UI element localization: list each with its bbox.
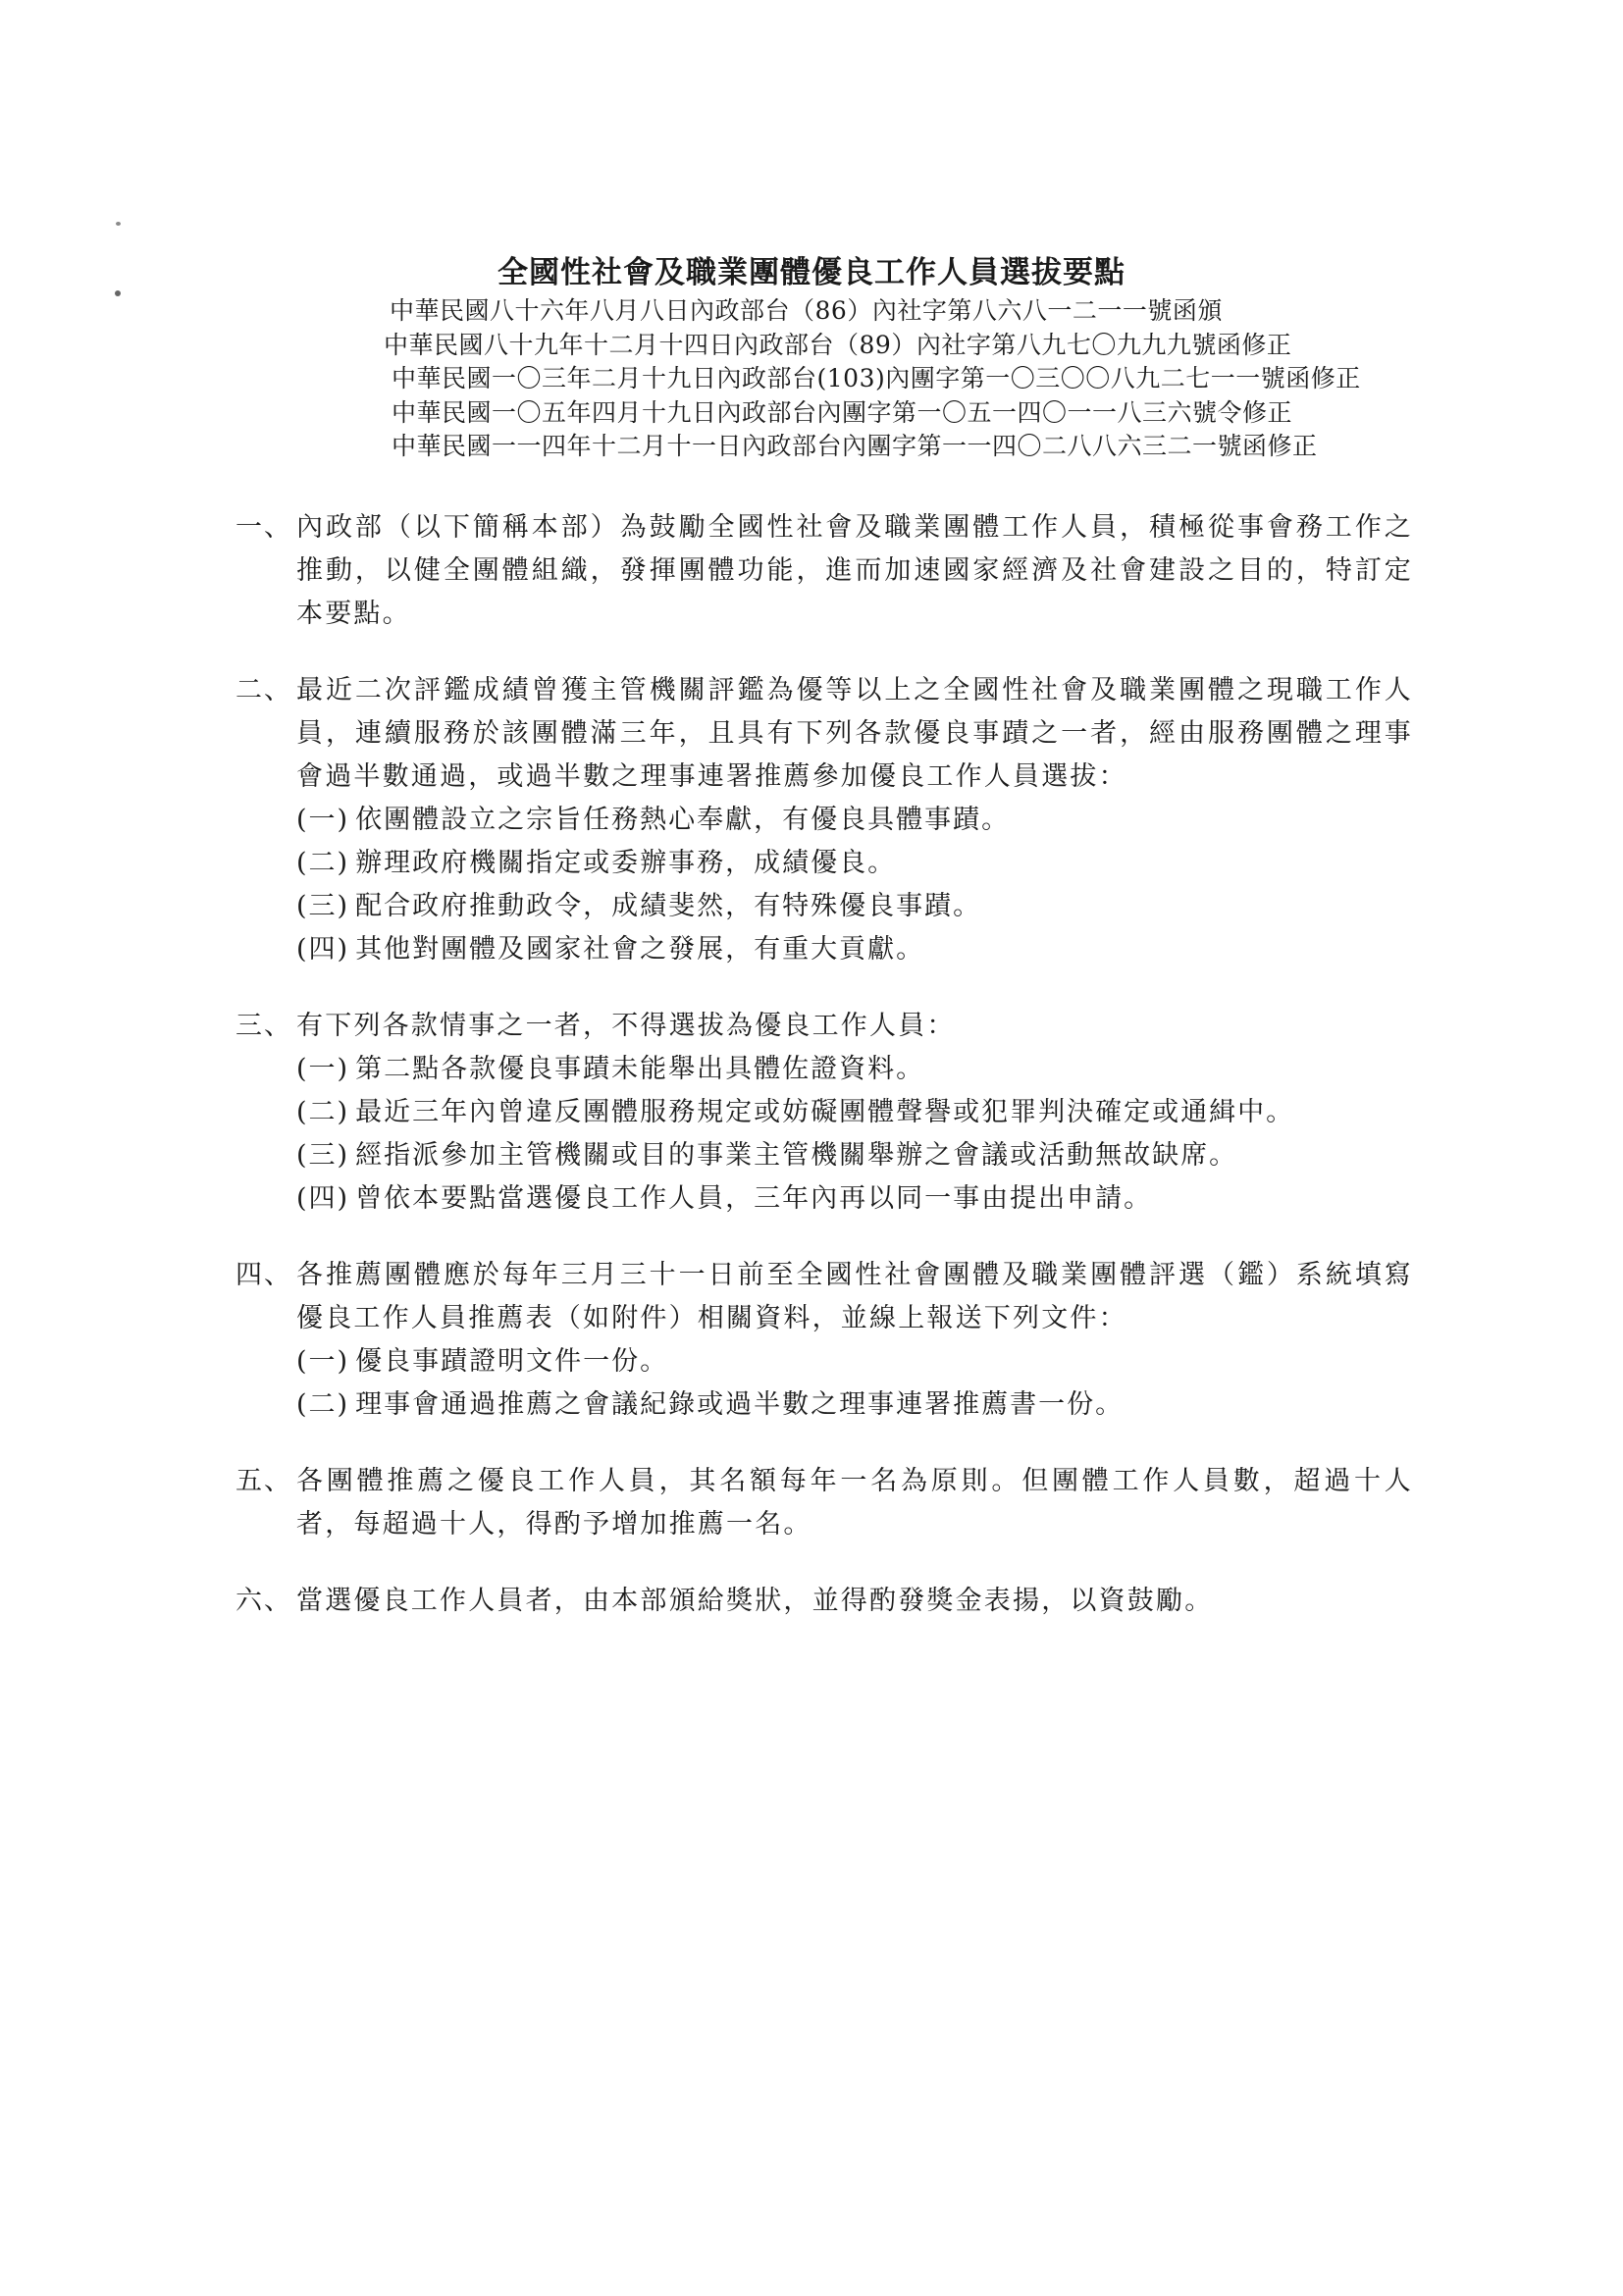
document-title: 全國性社會及職業團體優良工作人員選拔要點 (0, 247, 1623, 291)
sub-item-list: (一)依團體設立之宗旨任務熱心奉獻，有優良具體事蹟。 (二)辦理政府機關指定或委… (296, 799, 1413, 971)
section-text: 各團體推薦之優良工作人員，其名額每年一名為原則。但團體工作人員數，超過十人者，每… (296, 1460, 1413, 1546)
sub-item: (四)其他對團體及國家社會之發展，有重大貢獻。 (296, 928, 1413, 971)
history-line: 中華民國八十六年八月八日內政部台（86）內社字第八六八一二一一號函頒 (378, 294, 1457, 329)
section-body: 各團體推薦之優良工作人員，其名額每年一名為原則。但團體工作人員數，超過十人者，每… (236, 1460, 1413, 1546)
sub-item-marker: (四) (296, 1183, 349, 1214)
sub-item-marker: (四) (296, 934, 349, 965)
section-number: 六、 (236, 1580, 292, 1623)
sub-item: (三)經指派參加主管機關或目的事業主管機關舉辦之會議或活動無故缺席。 (296, 1134, 1413, 1177)
sections: 一、 內政部（以下簡稱本部）為鼓勵全國性社會及職業團體工作人員，積極從事會務工作… (236, 506, 1413, 1656)
sub-item-text: 理事會通過推薦之會議紀錄或過半數之理事連署推薦書一份。 (355, 1389, 1124, 1420)
section-4: 四、 各推薦團體應於每年三月三十一日前至全國性社會團體及職業團體評選（鑑）系統填… (236, 1254, 1413, 1427)
sub-item: (三)配合政府推動政令，成績斐然，有特殊優良事蹟。 (296, 885, 1413, 928)
section-text: 有下列各款情事之一者，不得選拔為優良工作人員： (296, 1005, 1413, 1048)
sub-item-marker: (三) (296, 1140, 349, 1171)
section-3: 三、 有下列各款情事之一者，不得選拔為優良工作人員： (一)第二點各款優良事蹟未… (236, 1005, 1413, 1221)
section-number: 四、 (236, 1254, 292, 1297)
sub-item-marker: (三) (296, 891, 349, 921)
section-body: 各推薦團體應於每年三月三十一日前至全國性社會團體及職業團體評選（鑑）系統填寫優良… (236, 1254, 1413, 1427)
sub-item-marker: (一) (296, 1054, 349, 1084)
section-text: 內政部（以下簡稱本部）為鼓勵全國性社會及職業團體工作人員，積極從事會務工作之推動… (296, 506, 1413, 636)
section-text: 最近二次評鑑成績曾獲主管機關評鑑為優等以上之全國性社會及職業團體之現職工作人員，… (296, 669, 1413, 799)
section-body: 當選優良工作人員者，由本部頒給獎狀，並得酌發獎金表揚，以資鼓勵。 (236, 1580, 1413, 1623)
sub-item-list: (一)優良事蹟證明文件一份。 (二)理事會通過推薦之會議紀錄或過半數之理事連署推… (296, 1340, 1413, 1427)
sub-item-text: 優良事蹟證明文件一份。 (355, 1346, 668, 1377)
sub-item-text: 曾依本要點當選優良工作人員，三年內再以同一事由提出申請。 (355, 1183, 1152, 1214)
section-5: 五、 各團體推薦之優良工作人員，其名額每年一名為原則。但團體工作人員數，超過十人… (236, 1460, 1413, 1546)
section-body: 內政部（以下簡稱本部）為鼓勵全國性社會及職業團體工作人員，積極從事會務工作之推動… (236, 506, 1413, 636)
section-number: 二、 (236, 669, 292, 712)
history-line: 中華民國一一四年十二月十一日內政部台內團字第一一四〇二八八六三二一號函修正 (378, 430, 1457, 464)
sub-item-list: (一)第二點各款優良事蹟未能舉出具體佐證資料。 (二)最近三年內曾違反團體服務規… (296, 1048, 1413, 1221)
section-body: 最近二次評鑑成績曾獲主管機關評鑑為優等以上之全國性社會及職業團體之現職工作人員，… (236, 669, 1413, 971)
sub-item-marker: (二) (296, 1389, 349, 1420)
history-line: 中華民國八十九年十二月十四日內政部台（89）內社字第八九七〇九九九號函修正 (378, 329, 1457, 363)
amendment-history: 中華民國八十六年八月八日內政部台（86）內社字第八六八一二一一號函頒 中華民國八… (378, 294, 1457, 464)
section-text: 當選優良工作人員者，由本部頒給獎狀，並得酌發獎金表揚，以資鼓勵。 (296, 1580, 1413, 1623)
sub-item-text: 依團體設立之宗旨任務熱心奉獻，有優良具體事蹟。 (355, 805, 1010, 835)
sub-item: (四)曾依本要點當選優良工作人員，三年內再以同一事由提出申請。 (296, 1177, 1413, 1221)
sub-item: (一)第二點各款優良事蹟未能舉出具體佐證資料。 (296, 1048, 1413, 1091)
sub-item-marker: (二) (296, 848, 349, 878)
sub-item-text: 第二點各款優良事蹟未能舉出具體佐證資料。 (355, 1054, 924, 1084)
section-number: 三、 (236, 1005, 292, 1048)
sub-item-marker: (二) (296, 1097, 349, 1127)
sub-item-text: 辦理政府機關指定或委辦事務，成績優良。 (355, 848, 896, 878)
sub-item: (一)依團體設立之宗旨任務熱心奉獻，有優良具體事蹟。 (296, 799, 1413, 842)
sub-item: (二)最近三年內曾違反團體服務規定或妨礙團體聲譽或犯罪判決確定或通緝中。 (296, 1091, 1413, 1134)
sub-item: (二)辦理政府機關指定或委辦事務，成績優良。 (296, 842, 1413, 885)
scan-speck (116, 222, 121, 226)
sub-item-text: 經指派參加主管機關或目的事業主管機關舉辦之會議或活動無故缺席。 (355, 1140, 1237, 1171)
section-1: 一、 內政部（以下簡稱本部）為鼓勵全國性社會及職業團體工作人員，積極從事會務工作… (236, 506, 1413, 636)
history-line: 中華民國一〇五年四月十九日內政部台內團字第一〇五一四〇一一八三六號令修正 (378, 396, 1457, 431)
sub-item: (二)理事會通過推薦之會議紀錄或過半數之理事連署推薦書一份。 (296, 1383, 1413, 1427)
sub-item-marker: (一) (296, 1346, 349, 1377)
section-text: 各推薦團體應於每年三月三十一日前至全國性社會團體及職業團體評選（鑑）系統填寫優良… (296, 1254, 1413, 1340)
sub-item: (一)優良事蹟證明文件一份。 (296, 1340, 1413, 1383)
section-number: 五、 (236, 1460, 292, 1503)
section-6: 六、 當選優良工作人員者，由本部頒給獎狀，並得酌發獎金表揚，以資鼓勵。 (236, 1580, 1413, 1623)
history-line: 中華民國一〇三年二月十九日內政部台(103)內團字第一〇三〇〇八九二七一一號函修… (378, 362, 1457, 396)
sub-item-text: 其他對團體及國家社會之發展，有重大貢獻。 (355, 934, 924, 965)
sub-item-text: 配合政府推動政令，成績斐然，有特殊優良事蹟。 (355, 891, 981, 921)
sub-item-marker: (一) (296, 805, 349, 835)
section-2: 二、 最近二次評鑑成績曾獲主管機關評鑑為優等以上之全國性社會及職業團體之現職工作… (236, 669, 1413, 971)
section-number: 一、 (236, 506, 292, 549)
sub-item-text: 最近三年內曾違反團體服務規定或妨礙團體聲譽或犯罪判決確定或通緝中。 (355, 1097, 1294, 1127)
section-body: 有下列各款情事之一者，不得選拔為優良工作人員： (一)第二點各款優良事蹟未能舉出… (236, 1005, 1413, 1221)
